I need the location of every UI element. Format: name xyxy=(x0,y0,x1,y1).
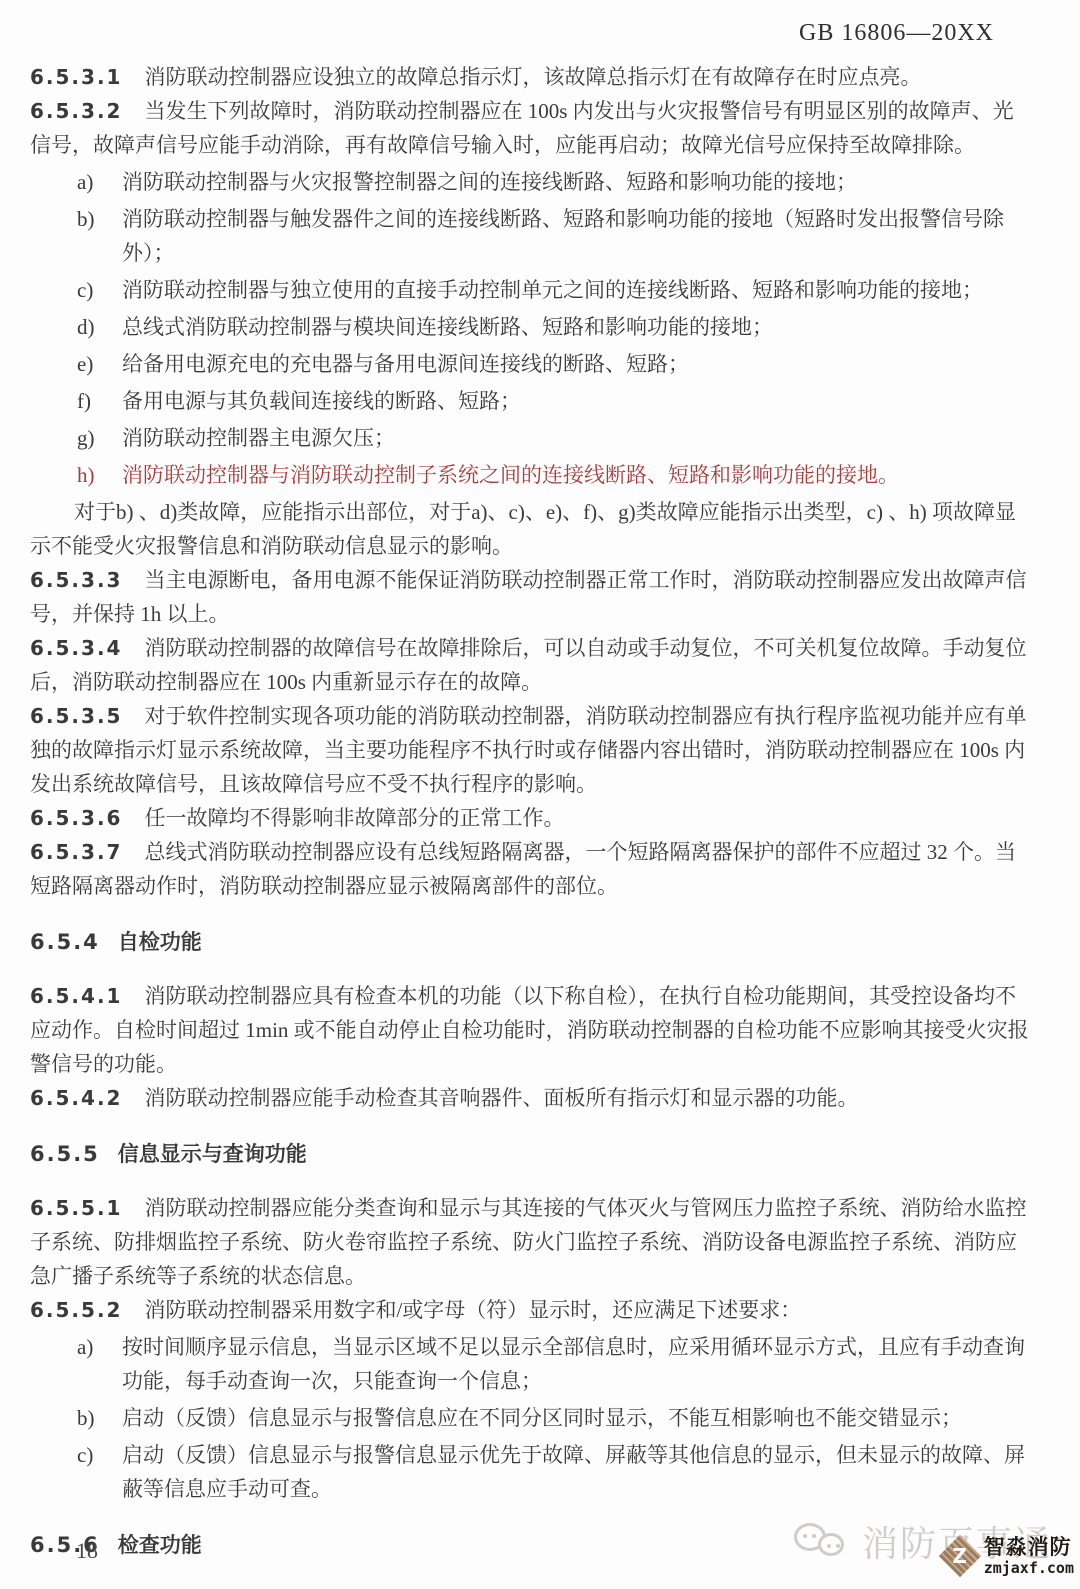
list-marker: a) xyxy=(77,1330,93,1364)
clause-number: 6.5.3.4 xyxy=(30,636,122,660)
paragraph-text: 消防联动控制器的故障信号在故障排除后，可以自动或手动复位，不可关机复位故障。手动… xyxy=(30,636,1026,694)
brand-logo: Z 智淼消防 zmjaxf.com xyxy=(940,1536,1074,1576)
list-marker: e) xyxy=(77,347,93,381)
list-marker: g) xyxy=(77,421,95,455)
paragraph-6.5.3.1: 6.5.3.1消防联动控制器应设独立的故障总指示灯，该故障总指示灯在有故障存在时… xyxy=(30,60,1034,94)
paragraph-text: 对于b) 、d)类故障，应能指示出部位，对于a)、c)、e)、f)、g)类故障应… xyxy=(30,500,1016,558)
clause-number: 6.5.3.2 xyxy=(30,99,122,123)
clause-number: 6.5.3.3 xyxy=(30,568,122,592)
section-heading-6.5.4: 6.5.4自检功能 xyxy=(30,925,1034,959)
paragraph-10: 对于b) 、d)类故障，应能指示出部位，对于a)、c)、e)、f)、g)类故障应… xyxy=(30,495,1034,563)
list-marker: c) xyxy=(77,1438,93,1472)
list-marker: c) xyxy=(77,273,93,307)
paragraph-c): c)消防联动控制器与独立使用的直接手动控制单元之间的连接线断路、短路和影响功能的… xyxy=(30,273,1034,307)
paragraph-text: 给备用电源充电的充电器与备用电源间连接线的断路、短路； xyxy=(122,352,689,376)
doc-code: GB 16806—20XX xyxy=(799,20,994,47)
paragraph-6.5.3.4: 6.5.3.4消防联动控制器的故障信号在故障排除后，可以自动或手动复位，不可关机… xyxy=(30,631,1034,699)
clause-number: 6.5.3.5 xyxy=(30,704,122,728)
paragraph-h): h)消防联动控制器与消防联动控制子系统之间的连接线断路、短路和影响功能的接地。 xyxy=(30,458,1034,492)
clause-number: 6.5.5 xyxy=(30,1142,100,1166)
paragraph-6.5.5.1: 6.5.5.1消防联动控制器应能分类查询和显示与其连接的气体灭火与管网压力监控子… xyxy=(30,1191,1034,1293)
section-heading-6.5.5: 6.5.5信息显示与查询功能 xyxy=(30,1137,1034,1171)
list-marker: f) xyxy=(77,384,91,418)
logo-name: 智淼消防 xyxy=(984,1537,1074,1558)
clause-number: 6.5.4 xyxy=(30,930,100,954)
paragraph-a): a)消防联动控制器与火灾报警控制器之间的连接线断路、短路和影响功能的接地； xyxy=(30,165,1034,199)
logo-url: zmjaxf.com xyxy=(984,1561,1074,1576)
paragraph-text: 消防联动控制器与独立使用的直接手动控制单元之间的连接线断路、短路和影响功能的接地… xyxy=(122,278,983,302)
paragraph-b): b)消防联动控制器与触发器件之间的连接线断路、短路和影响功能的接地（短路时发出报… xyxy=(30,202,1034,270)
list-marker: h) xyxy=(77,458,95,492)
paragraph-text: 消防联动控制器应能分类查询和显示与其连接的气体灭火与管网压力监控子系统、消防给水… xyxy=(30,1196,1026,1288)
paragraph-g): g)消防联动控制器主电源欠压； xyxy=(30,421,1034,455)
paragraph-text: 消防联动控制器采用数字和/或字母（符）显示时，还应满足下述要求： xyxy=(144,1298,801,1322)
paragraph-text: 消防联动控制器应设独立的故障总指示灯，该故障总指示灯在有故障存在时应点亮。 xyxy=(144,65,921,89)
paragraph-f): f)备用电源与其负载间连接线的断路、短路； xyxy=(30,384,1034,418)
paragraph-6.5.4.2: 6.5.4.2消防联动控制器应能手动检查其音响器件、面板所有指示灯和显示器的功能… xyxy=(30,1081,1034,1115)
paragraph-text: 任一故障均不得影响非故障部分的正常工作。 xyxy=(144,806,564,830)
chat-bubbles-icon xyxy=(794,1519,852,1565)
page-number: 18 xyxy=(76,1538,98,1564)
paragraph-text: 按时间顺序显示信息，当显示区域不足以显示全部信息时，应采用循环显示方式，且应有手… xyxy=(122,1335,1025,1393)
paragraph-text: 消防联动控制器与火灾报警控制器之间的连接线断路、短路和影响功能的接地； xyxy=(122,170,857,194)
list-marker: d) xyxy=(77,310,95,344)
paragraph-text: 对于软件控制实现各项功能的消防联动控制器，消防联动控制器应有执行程序监视功能并应… xyxy=(30,704,1026,796)
list-marker: b) xyxy=(77,202,95,236)
clause-number: 6.5.3.6 xyxy=(30,806,122,830)
paragraph-b): b)启动（反馈）信息显示与报警信息应在不同分区同时显示，不能互相影响也不能交错显… xyxy=(30,1401,1034,1435)
clause-number: 6.5.3.1 xyxy=(30,65,122,89)
clause-number: 6.5.5.1 xyxy=(30,1196,122,1220)
paragraph-text: 备用电源与其负载间连接线的断路、短路； xyxy=(122,389,521,413)
paragraph-6.5.3.6: 6.5.3.6任一故障均不得影响非故障部分的正常工作。 xyxy=(30,801,1034,835)
paragraph-text: 当主电源断电，备用电源不能保证消防联动控制器正常工作时，消防联动控制器应发出故障… xyxy=(30,568,1026,626)
paragraph-6.5.3.5: 6.5.3.5对于软件控制实现各项功能的消防联动控制器，消防联动控制器应有执行程… xyxy=(30,699,1034,801)
paragraph-6.5.3.2: 6.5.3.2当发生下列故障时，消防联动控制器应在 100s 内发出与火灾报警信… xyxy=(30,94,1034,162)
document-body: 6.5.3.1消防联动控制器应设独立的故障总指示灯，该故障总指示灯在有故障存在时… xyxy=(0,60,1080,1582)
paragraph-a): a)按时间顺序显示信息，当显示区域不足以显示全部信息时，应采用循环显示方式，且应… xyxy=(30,1330,1034,1398)
paragraph-c): c)启动（反馈）信息显示与报警信息显示优先于故障、屏蔽等其他信息的显示，但未显示… xyxy=(30,1438,1034,1506)
clause-number: 6.5.4.1 xyxy=(30,984,122,1008)
diamond-logo-icon: Z xyxy=(940,1536,980,1576)
document-page: GB 16806—20XX 6.5.3.1消防联动控制器应设独立的故障总指示灯，… xyxy=(0,0,1080,1589)
paragraph-text: 消防联动控制器与触发器件之间的连接线断路、短路和影响功能的接地（短路时发出报警信… xyxy=(122,207,1004,265)
paragraph-text: 消防联动控制器主电源欠压； xyxy=(122,426,395,450)
paragraph-text: 启动（反馈）信息显示与报警信息显示优先于故障、屏蔽等其他信息的显示，但未显示的故… xyxy=(122,1443,1025,1501)
clause-number: 6.5.5.2 xyxy=(30,1298,122,1322)
paragraph-6.5.5.2: 6.5.5.2消防联动控制器采用数字和/或字母（符）显示时，还应满足下述要求： xyxy=(30,1293,1034,1327)
paragraph-text: 总线式消防联动控制器应设有总线短路隔离器，一个短路隔离器保护的部件不应超过 32… xyxy=(30,840,1016,898)
paragraph-text: 总线式消防联动控制器与模块间连接线断路、短路和影响功能的接地； xyxy=(122,315,773,339)
list-marker: a) xyxy=(77,165,93,199)
paragraph-text: 消防联动控制器与消防联动控制子系统之间的连接线断路、短路和影响功能的接地。 xyxy=(122,463,899,487)
list-marker: b) xyxy=(77,1401,95,1435)
paragraph-d): d)总线式消防联动控制器与模块间连接线断路、短路和影响功能的接地； xyxy=(30,310,1034,344)
paragraph-text: 检查功能 xyxy=(118,1533,202,1557)
paragraph-6.5.4.1: 6.5.4.1消防联动控制器应具有检查本机的功能（以下称自检），在执行自检功能期… xyxy=(30,979,1034,1081)
paragraph-6.5.3.3: 6.5.3.3当主电源断电，备用电源不能保证消防联动控制器正常工作时，消防联动控… xyxy=(30,563,1034,631)
paragraph-text: 启动（反馈）信息显示与报警信息应在不同分区同时显示，不能互相影响也不能交错显示； xyxy=(122,1406,962,1430)
paragraph-e): e)给备用电源充电的充电器与备用电源间连接线的断路、短路； xyxy=(30,347,1034,381)
clause-number: 6.5.4.2 xyxy=(30,1086,122,1110)
paragraph-text: 当发生下列故障时，消防联动控制器应在 100s 内发出与火灾报警信号有明显区别的… xyxy=(30,99,1014,157)
paragraph-text: 信息显示与查询功能 xyxy=(118,1142,307,1166)
paragraph-text: 自检功能 xyxy=(118,930,202,954)
paragraph-6.5.3.7: 6.5.3.7总线式消防联动控制器应设有总线短路隔离器，一个短路隔离器保护的部件… xyxy=(30,835,1034,903)
clause-number: 6.5.3.7 xyxy=(30,840,122,864)
paragraph-text: 消防联动控制器应具有检查本机的功能（以下称自检），在执行自检功能期间，其受控设备… xyxy=(30,984,1029,1076)
paragraph-text: 消防联动控制器应能手动检查其音响器件、面板所有指示灯和显示器的功能。 xyxy=(144,1086,858,1110)
